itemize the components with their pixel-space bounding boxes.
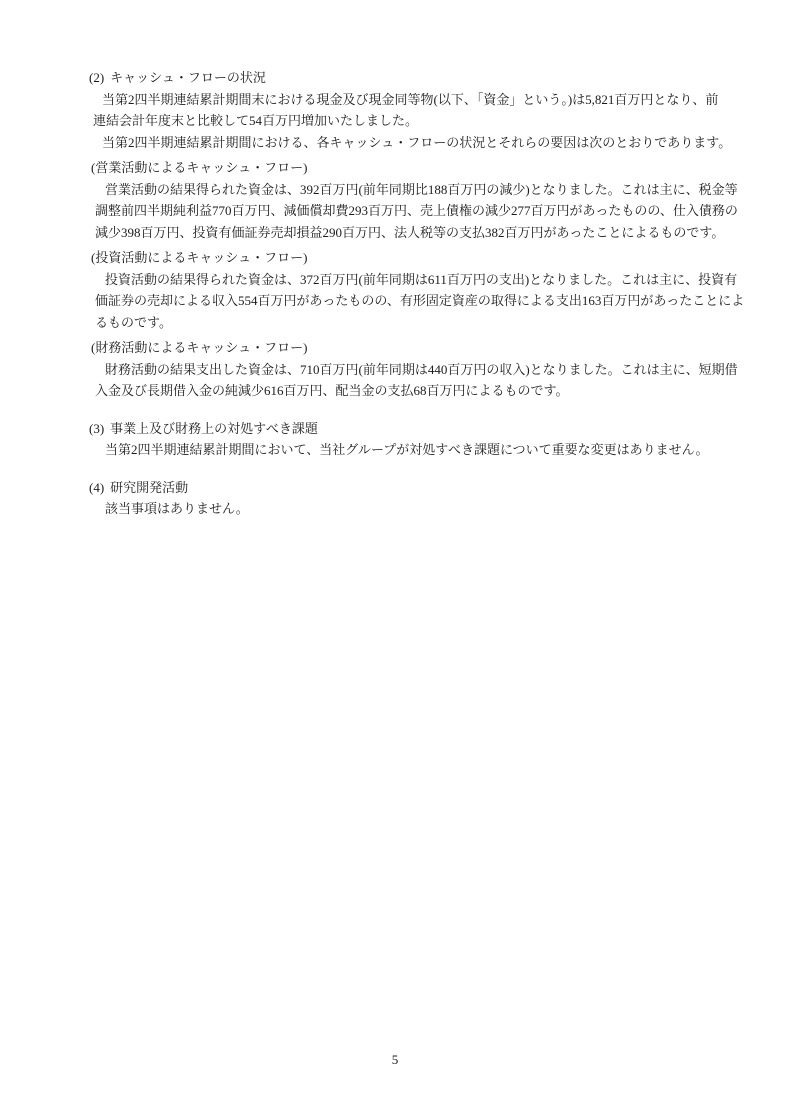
- investing-cf-paragraph: 投資活動の結果得られた資金は、372百万円(前年同期は611百万円の支出)となり…: [95, 269, 750, 334]
- rd-paragraph: 該当事項はありません。: [95, 498, 750, 520]
- cash-flow-intro-paragraph: 当第2四半期連結累計期間末における現金及び現金同等物(以下、「資金」という。)は…: [93, 89, 750, 132]
- challenges-paragraph: 当第2四半期連結累計期間において、当社グループが対処すべき課題について重要な変更…: [95, 439, 750, 461]
- section-rd-activities: (4)研究開発活動 該当事項はありません。: [89, 477, 750, 520]
- section-heading-challenges: (3)事業上及び財務上の対処すべき課題: [89, 418, 750, 440]
- subsection-heading-investing-cf: (投資活動によるキャッシュ・フロー): [91, 247, 750, 269]
- section-number: (3): [89, 421, 104, 436]
- subsection-heading-operating-cf: (営業活動によるキャッシュ・フロー): [91, 157, 750, 179]
- section-business-challenges: (3)事業上及び財務上の対処すべき課題 当第2四半期連結累計期間において、当社グ…: [89, 418, 750, 461]
- page-number: 5: [0, 1049, 790, 1071]
- section-title: キャッシュ・フローの状況: [110, 70, 266, 85]
- document-page: (2)キャッシュ・フローの状況 当第2四半期連結累計期間末における現金及び現金同…: [0, 0, 790, 1118]
- section-heading-rd: (4)研究開発活動: [89, 477, 750, 499]
- section-title: 事業上及び財務上の対処すべき課題: [110, 421, 318, 436]
- section-heading-cash-flow: (2)キャッシュ・フローの状況: [89, 67, 750, 89]
- cash-flow-overview-paragraph: 当第2四半期連結累計期間における、各キャッシュ・フローの状況とそれらの要因は次の…: [93, 132, 750, 154]
- section-title: 研究開発活動: [110, 480, 188, 495]
- financing-cf-paragraph: 財務活動の結果支出した資金は、710百万円(前年同期は440百万円の収入)となり…: [95, 359, 750, 402]
- section-number: (4): [89, 480, 104, 495]
- section-number: (2): [89, 70, 104, 85]
- subsection-heading-financing-cf: (財務活動によるキャッシュ・フロー): [91, 337, 750, 359]
- section-cash-flow-status: (2)キャッシュ・フローの状況 当第2四半期連結累計期間末における現金及び現金同…: [89, 67, 750, 402]
- operating-cf-paragraph: 営業活動の結果得られた資金は、392百万円(前年同期比188百万円の減少)となり…: [95, 179, 750, 244]
